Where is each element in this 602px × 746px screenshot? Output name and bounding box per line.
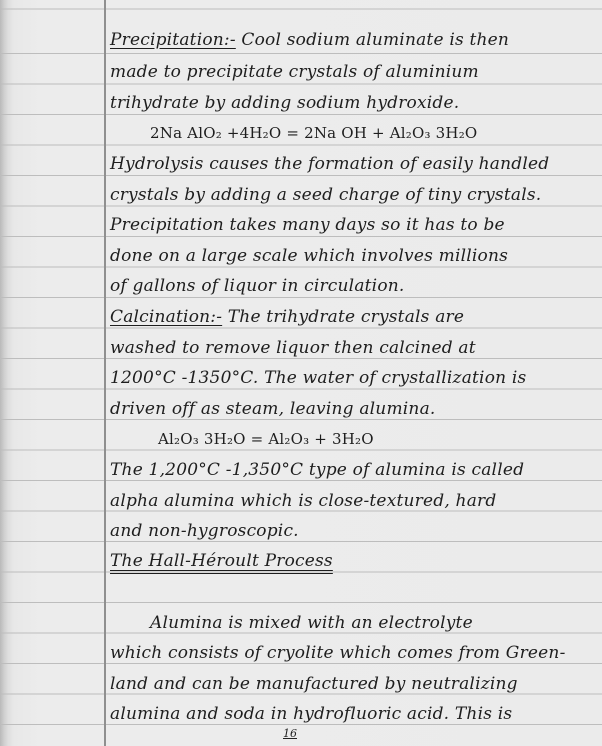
heading-calcination: Calcination:- (110, 307, 222, 327)
text-line-8: done on a large scale which involves mil… (110, 246, 508, 266)
text-line-3: trihydrate by adding sodium hydroxide. (110, 93, 459, 113)
text-line-6: crystals by adding a seed charge of tiny… (110, 185, 541, 205)
heading-precipitation: Precipitation:- (110, 30, 236, 50)
text-line-13: driven off as steam, leaving alumina. (110, 399, 436, 419)
section-title-hall-heroult: The Hall-Héroult Process (110, 551, 333, 571)
equation-1: 2Na AlO₂ +4H₂O = 2Na OH + Al₂O₃ 3H₂O (150, 124, 477, 142)
text-line-16: alpha alumina which is close-textured, h… (110, 491, 496, 511)
text-line-22: land and can be manufactured by neutrali… (110, 674, 518, 694)
text-line-17: and non-hygroscopic. (110, 521, 299, 541)
margin-line (104, 0, 106, 746)
text-line-9: of gallons of liquor in circulation. (110, 276, 405, 296)
text-line-1: Precipitation:- Cool sodium aluminate is… (110, 30, 509, 50)
notebook-page: Precipitation:- Cool sodium aluminate is… (0, 0, 602, 746)
text-line-11: washed to remove liquor then calcined at (110, 338, 476, 358)
text-line-15: The 1,200°C -1,350°C type of alumina is … (110, 460, 524, 480)
text-line-7: Precipitation takes many days so it has … (110, 215, 505, 235)
text-line-21: which consists of cryolite which comes f… (110, 643, 566, 663)
text-line-12: 1200°C -1350°C. The water of crystalliza… (110, 368, 526, 388)
text-line-20: Alumina is mixed with an electrolyte (150, 613, 473, 633)
text-line-5: Hydrolysis causes the formation of easil… (110, 154, 549, 174)
text-line-10: Calcination:- The trihydrate crystals ar… (110, 307, 464, 327)
text-line-23: alumina and soda in hydrofluoric acid. T… (110, 704, 512, 724)
page-number: 16 (283, 727, 297, 740)
equation-2: Al₂O₃ 3H₂O = Al₂O₃ + 3H₂O (158, 430, 374, 448)
text-line-2: made to precipitate crystals of aluminiu… (110, 62, 479, 82)
